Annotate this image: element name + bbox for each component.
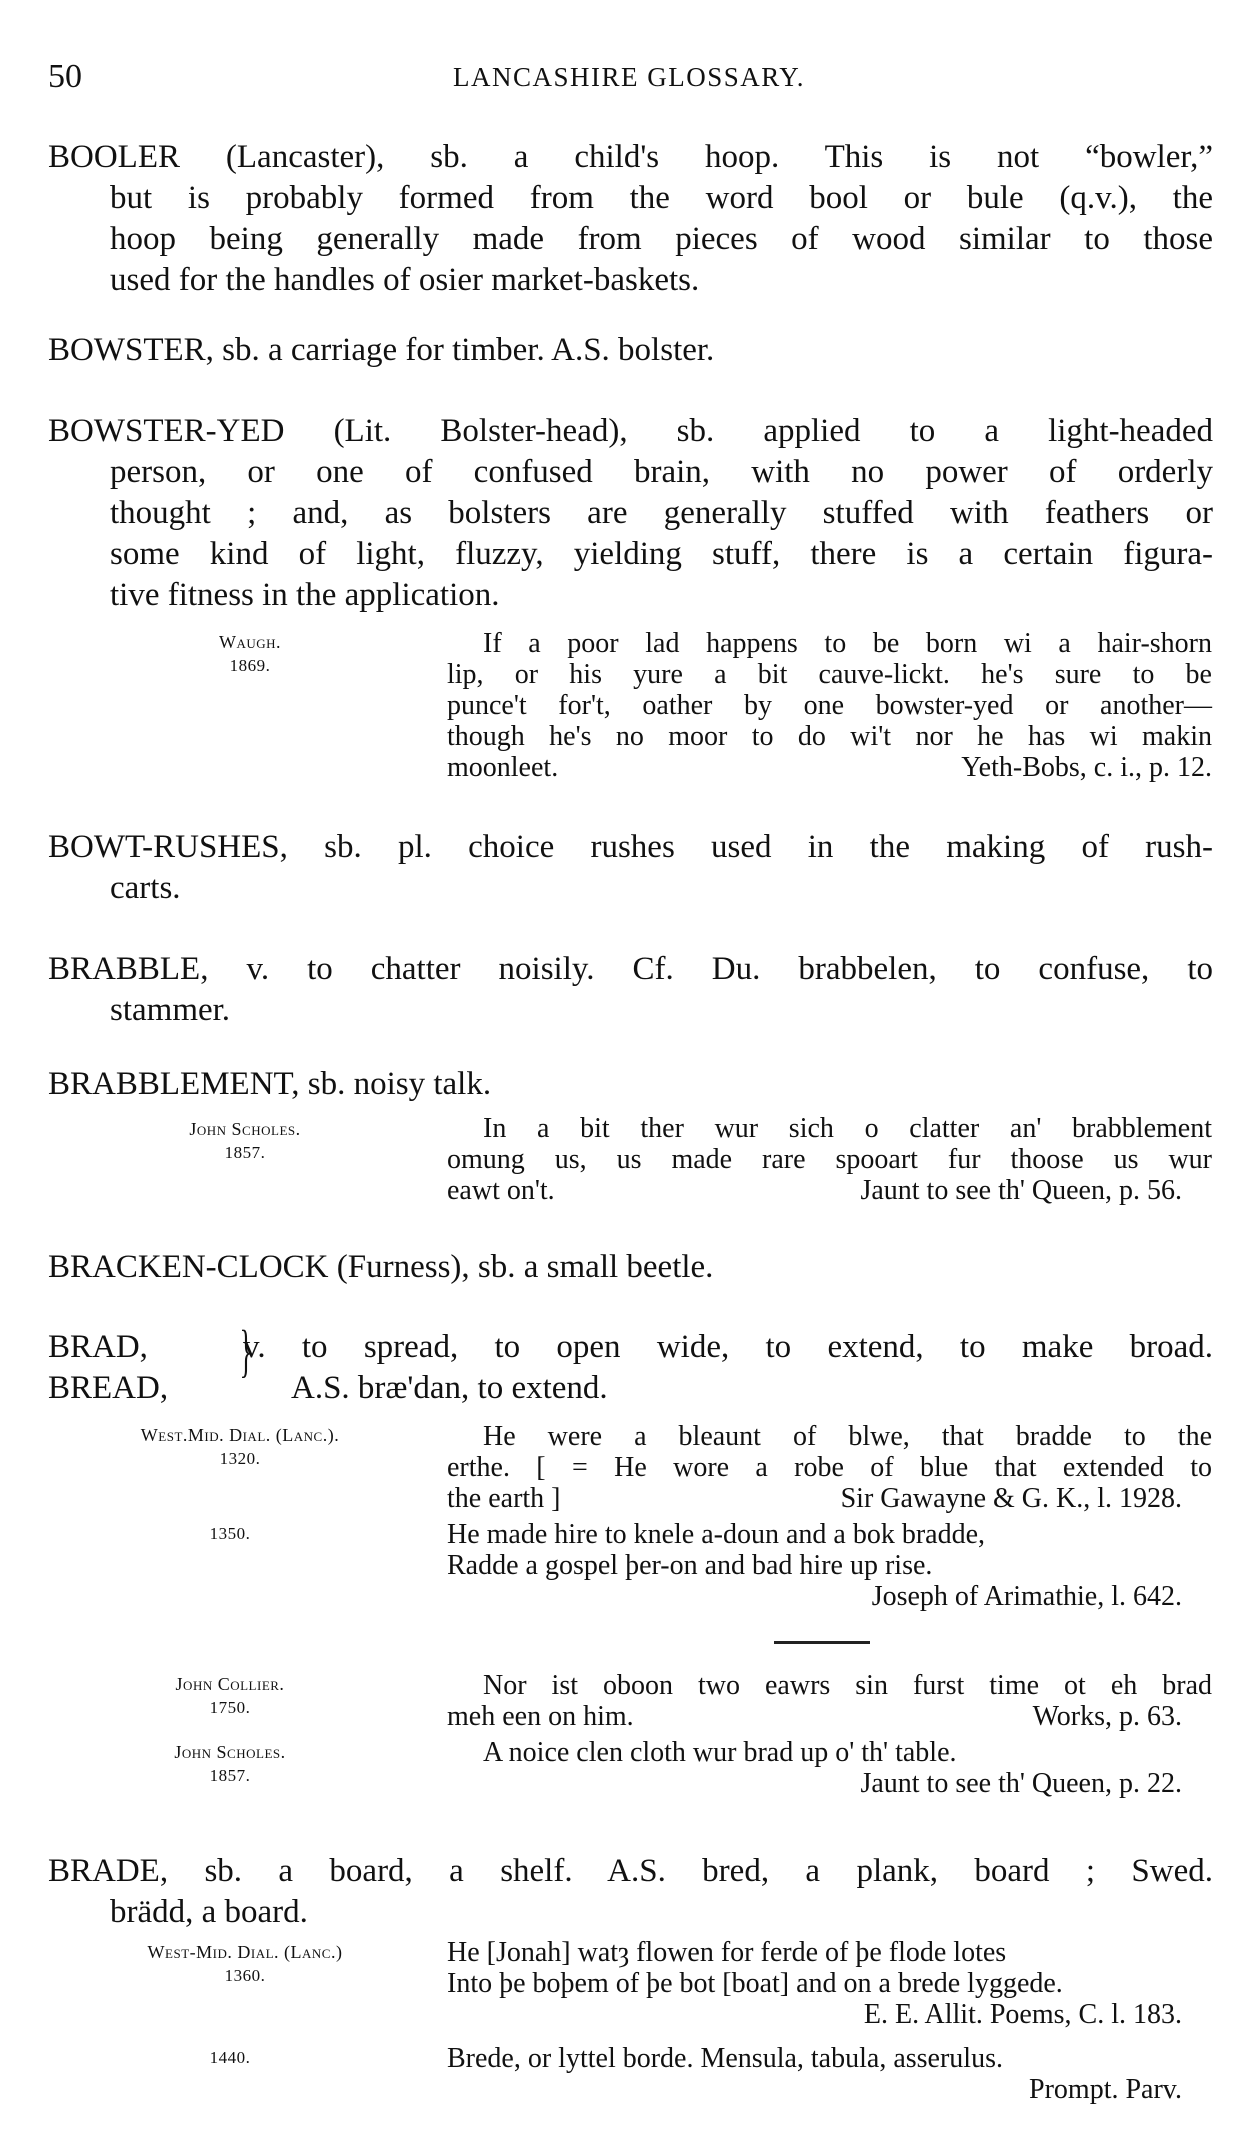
citation-quote: In a bit ther wur sich o clatter an' bra…	[447, 1113, 1212, 1206]
headword: BREAD,	[48, 1368, 248, 1409]
citation-author: West.Mid. Dial. (Lanc.). 1320.	[55, 1423, 425, 1471]
entry-line: brädd, a board.	[48, 1892, 1213, 1933]
citation-source: Works, p. 63.	[1033, 1701, 1182, 1732]
entry-line: tive fitness in the application.	[48, 575, 1213, 616]
running-title: LANCASHIRE GLOSSARY.	[0, 62, 1258, 93]
citation-source: Sir Gawayne & G. K., l. 1928.	[841, 1483, 1182, 1514]
entry-line: BOWSTER, sb. a carriage for timber. A.S.…	[48, 330, 1213, 371]
citation-author: Waugh. 1869.	[190, 630, 310, 678]
entry-bowster: BOWSTER, sb. a carriage for timber. A.S.…	[48, 330, 1213, 371]
citation-quote: If a poor lad happens to be born wi a ha…	[447, 628, 1212, 783]
citation-author: John Scholes. 1857.	[135, 1740, 325, 1788]
citation-source: Joseph of Arimathie, l. 642.	[447, 1581, 1212, 1612]
entry-bowt-rushes: BOWT-RUSHES, sb. pl. choice rushes used …	[48, 827, 1213, 909]
citation-source: E. E. Allit. Poems, C. l. 183.	[447, 1999, 1212, 2030]
entry-line: v. to spread, to open wide, to extend, t…	[243, 1327, 1213, 1368]
headword: BRAD,	[48, 1327, 248, 1368]
entry-line: some kind of light, fluzzy, yielding stu…	[48, 534, 1213, 575]
entry-line: BRADE, sb. a board, a shelf. A.S. bred, …	[48, 1851, 1213, 1892]
entry-line: hoop being generally made from pieces of…	[48, 219, 1213, 260]
page-header: 50 LANCASHIRE GLOSSARY.	[0, 58, 1258, 98]
entry-booler: BOOLER (Lancaster), sb. a child's hoop. …	[48, 137, 1213, 301]
citation-quote: A noice clen cloth wur brad up o' th' ta…	[447, 1737, 1212, 1799]
citation-quote: Nor ist oboon two eawrs sin furst time o…	[447, 1670, 1212, 1732]
entry-line: BOOLER (Lancaster), sb. a child's hoop. …	[48, 137, 1213, 178]
entry-line: carts.	[48, 868, 1213, 909]
citation-quote: He [Jonah] watȝ flowen for ferde of þe f…	[447, 1937, 1212, 2030]
citation-author: John Collier. 1750.	[135, 1672, 325, 1720]
citation-author: West-Mid. Dial. (Lanc.) 1360.	[70, 1940, 420, 1988]
entry-brad: v. to spread, to open wide, to extend, t…	[243, 1327, 1213, 1409]
entry-line: BRABBLE, v. to chatter noisily. Cf. Du. …	[48, 949, 1213, 990]
entry-line: person, or one of confused brain, with n…	[48, 452, 1213, 493]
entry-brade: BRADE, sb. a board, a shelf. A.S. bred, …	[48, 1851, 1213, 1933]
entry-line: BOWSTER-YED (Lit. Bolster-head), sb. app…	[48, 411, 1213, 452]
citation-source: Jaunt to see th' Queen, p. 56.	[860, 1175, 1182, 1206]
citation-source: Jaunt to see th' Queen, p. 22.	[447, 1768, 1212, 1799]
section-divider	[774, 1641, 870, 1644]
citation-quote: Brede, or lyttel borde. Mensula, tabula,…	[447, 2043, 1212, 2105]
entry-bracken-clock: BRACKEN-CLOCK (Furness), sb. a small bee…	[48, 1247, 1213, 1288]
entry-brabblement: BRABBLEMENT, sb. noisy talk.	[48, 1064, 1213, 1105]
citation-year: 1350.	[180, 1522, 280, 1546]
entry-line: used for the handles of osier market-bas…	[48, 260, 1213, 301]
citation-source: Prompt. Parv.	[447, 2074, 1212, 2105]
entry-line: but is probably formed from the word boo…	[48, 178, 1213, 219]
entry-line: A.S. bræ'dan, to extend.	[243, 1368, 1213, 1409]
entry-brabble: BRABBLE, v. to chatter noisily. Cf. Du. …	[48, 949, 1213, 1031]
entry-bowster-yed: BOWSTER-YED (Lit. Bolster-head), sb. app…	[48, 411, 1213, 616]
citation-year: 1440.	[180, 2046, 280, 2070]
entry-line: thought ; and, as bolsters are generally…	[48, 493, 1213, 534]
entry-line: BRACKEN-CLOCK (Furness), sb. a small bee…	[48, 1247, 1213, 1288]
citation-quote: He made hire to knele a-doun and a bok b…	[447, 1519, 1212, 1612]
glossary-page: 50 LANCASHIRE GLOSSARY. BOOLER (Lancaste…	[0, 0, 1258, 2140]
entry-line: stammer.	[48, 990, 1213, 1031]
entry-line: BOWT-RUSHES, sb. pl. choice rushes used …	[48, 827, 1213, 868]
citation-source: Yeth-Bobs, c. i., p. 12.	[961, 752, 1212, 783]
citation-quote: He were a bleaunt of blwe, that bradde t…	[447, 1421, 1212, 1514]
citation-author: John Scholes. 1857.	[140, 1117, 350, 1165]
entry-brad-headwords: BRAD, BREAD,	[48, 1327, 248, 1409]
entry-line: BRABBLEMENT, sb. noisy talk.	[48, 1064, 1213, 1105]
